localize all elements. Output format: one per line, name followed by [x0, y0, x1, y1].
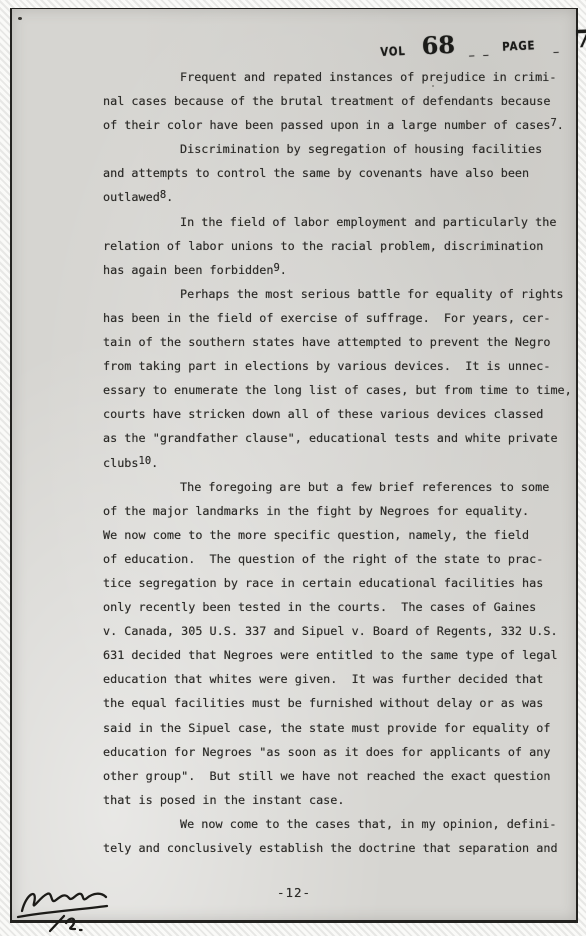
footnote-reference: 10: [139, 455, 152, 467]
text-line: We now come to the more specific questio…: [103, 523, 577, 547]
text-line: education that whites were given. It was…: [103, 667, 577, 691]
text-line: Frequent and repated instances of prejud…: [103, 65, 577, 89]
text-line: tely and conclusively establish the doct…: [103, 836, 577, 860]
text-line: v. Canada, 305 U.S. 337 and Sipuel v. Bo…: [103, 619, 577, 643]
handwritten-initials-signature: [14, 881, 114, 933]
text-line: of education. The question of the right …: [103, 547, 577, 571]
text-line: has been in the field of exercise of suf…: [103, 306, 577, 330]
footnote-reference: 7: [550, 117, 556, 129]
footnote-reference: 9: [273, 262, 279, 274]
text-line: The foregoing are but a few brief refere…: [103, 475, 577, 499]
text-line: as the "grandfather clause", educational…: [103, 426, 577, 450]
text-line: outlawed8.: [103, 185, 577, 209]
vol-page-stamp: VOL 68 _ _ PAGE _ 70: [380, 26, 586, 60]
text-line: relation of labor unions to the racial p…: [103, 234, 577, 258]
text-line: Perhaps the most serious battle for equa…: [103, 282, 577, 306]
vol-label: VOL: [380, 44, 406, 59]
text-line: and attempts to control the same by cove…: [103, 161, 577, 185]
footnote-reference: 8: [160, 189, 166, 201]
stamp-separator: _ _: [469, 45, 492, 57]
text-line: said in the Sipuel case, the state must …: [103, 716, 577, 740]
text-line: has again been forbidden9.: [103, 258, 577, 282]
text-line: tain of the southern states have attempt…: [103, 330, 577, 354]
text-line: the equal facilities must be furnished w…: [103, 691, 577, 715]
text-line: of their color have been passed upon in …: [103, 113, 577, 137]
scan-speck: [18, 17, 22, 20]
text-line: In the field of labor employment and par…: [103, 210, 577, 234]
page-label: PAGE: [502, 38, 536, 53]
text-line: tice segregation by race in certain educ…: [103, 571, 577, 595]
text-line: Discrimination by segregation of housing…: [103, 137, 577, 161]
text-line: other group". But still we have not reac…: [103, 764, 577, 788]
signature-icon: [14, 881, 114, 933]
page-stamp-number: 70: [574, 26, 586, 51]
stamp-separator: _: [553, 42, 561, 53]
text-line: clubs10.: [103, 451, 577, 475]
text-line: from taking part in elections by various…: [103, 354, 577, 378]
text-line: essary to enumerate the long list of cas…: [103, 378, 577, 402]
vol-number: 68: [421, 33, 455, 58]
document-text: Frequent and repated instances of prejud…: [103, 65, 577, 860]
paper-sheet: VOL 68 _ _ PAGE _ 70 Frequent and repate…: [10, 8, 578, 923]
text-line: 631 decided that Negroes were entitled t…: [103, 643, 577, 667]
text-line: We now come to the cases that, in my opi…: [103, 812, 577, 836]
text-line: courts have stricken down all of these v…: [103, 402, 577, 426]
text-line: education for Negroes "as soon as it doe…: [103, 740, 577, 764]
text-line: nal cases because of the brutal treatmen…: [103, 89, 577, 113]
text-line: that is posed in the instant case.: [103, 788, 577, 812]
text-line: only recently been tested in the courts.…: [103, 595, 577, 619]
text-line: of the major landmarks in the fight by N…: [103, 499, 577, 523]
scanned-document-page: { "colors": { "paper": "#d6d5d1", "ink":…: [0, 0, 586, 936]
